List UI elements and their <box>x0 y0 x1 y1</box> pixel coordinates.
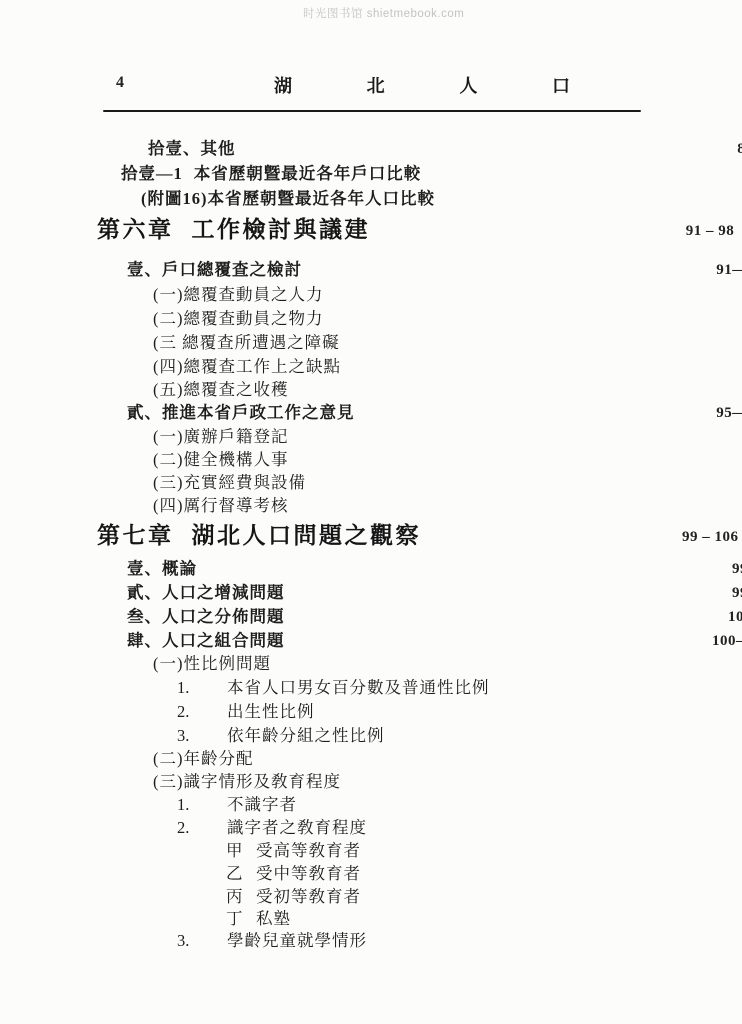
toc-entry-title: 肆、人口之組合問題 <box>127 629 285 653</box>
toc-entry-title: (二)健全機構人事 <box>153 448 289 472</box>
toc-entry-title: 貳、推進本省戶政工作之意見 <box>127 401 355 425</box>
toc-entry-title: (附圖16)本省歷朝曁最近各年人口比較 <box>141 187 435 211</box>
toc-entry-title: 受高等敎育者 <box>256 839 361 863</box>
toc-entry-number: 第七章 <box>97 523 174 548</box>
toc-entry: 丁私塾 <box>226 907 291 931</box>
toc-entry-title: 壹、概論 <box>127 557 197 581</box>
toc-entry: (四)厲行督導考核96—97 <box>153 494 289 518</box>
toc-entry: 叁、人口之分佈問題100 <box>127 605 285 629</box>
toc-entry-title: 叁、人口之分佈問題 <box>127 605 285 629</box>
toc-entry-page-number: 95—98 <box>712 401 742 425</box>
toc-entry: 2.出生性比例 <box>177 700 315 724</box>
toc-entry-title: 受初等敎育者 <box>256 885 361 909</box>
toc-entry-page-number: 99 <box>712 581 742 605</box>
toc-entry-title: 壹、戶口總覆查之檢討 <box>127 258 302 282</box>
toc-entry-number: 2. <box>177 700 227 724</box>
toc-entry: 2.識字者之敎育程度 <box>177 816 367 840</box>
toc-entry-number: 丙 <box>226 885 256 909</box>
toc-entry-page-number: 99 <box>712 557 742 581</box>
toc-entry-page-number: 89—90 <box>733 137 742 161</box>
toc-entry-number: 第六章 <box>97 217 174 242</box>
toc-entry-title: 依年齡分組之性比例 <box>227 724 385 748</box>
toc-entry-title: 貳、人口之增減問題 <box>127 581 285 605</box>
toc-entry: (一)廣辦戶籍登記95 <box>153 425 289 449</box>
toc-entry: (三)識字情形及敎育程度 <box>153 770 341 794</box>
toc-entry-page-number: 96—97 <box>738 494 742 518</box>
toc-entry-title: 私塾 <box>256 907 291 931</box>
toc-entry: (一)性比例問題 <box>153 652 271 676</box>
toc-entry-number: 甲 <box>226 839 256 863</box>
toc-entry-page-number: 91 <box>738 283 742 307</box>
toc-entry-page-number: 100 <box>712 605 742 629</box>
toc-entry-page-number: 93—95 <box>738 378 742 402</box>
toc-entry-number: 丁 <box>226 907 256 931</box>
toc-entry: 1.不識字者 <box>177 793 297 817</box>
toc-entry: 肆、人口之組合問題100—106 <box>127 629 285 653</box>
toc-entry: 3.依年齡分組之性比例 <box>177 724 385 748</box>
toc-entry-page-number: 92—93 <box>738 355 742 379</box>
toc-entry: (四)總覆查工作上之缺點92—93 <box>153 355 341 379</box>
scanned-book-page: 时光图书馆 shietmebook.com 4 湖 北 人 口 拾壹、其他89—… <box>0 0 742 1024</box>
toc-entry-page-number: 96 <box>738 448 742 472</box>
toc-entry-number: 1. <box>177 793 227 817</box>
toc-entry-title: 本省人口男女百分數及普通性比例 <box>227 676 490 700</box>
toc-entry-number: 3. <box>177 929 227 953</box>
toc-entry-title: 受中等敎育者 <box>256 862 361 886</box>
toc-entry-title: (四)厲行督導考核 <box>153 494 289 518</box>
toc-entry-page-number: 100—106 <box>712 629 742 653</box>
toc-entry-title: (二)年齡分配 <box>153 747 254 771</box>
toc-entry: 甲受高等敎育者 <box>226 839 361 863</box>
toc-entry-title: (三 總覆查所遭遇之障礙 <box>153 331 340 355</box>
toc-entry: 丙受初等敎育者 <box>226 885 361 909</box>
toc-entry-title: (二)總覆查動員之物力 <box>153 307 324 331</box>
toc-entry-title: 湖北人口問題之觀察 <box>192 520 422 552</box>
toc-entry-title: (四)總覆查工作上之缺點 <box>153 355 341 379</box>
toc-entry: 第六章工作檢討與議建91 – 98 <box>97 214 370 246</box>
toc-entry-number: 1. <box>177 676 227 700</box>
toc-entry-title: 不識字者 <box>227 793 297 817</box>
toc-entry: (二)健全機構人事96 <box>153 448 289 472</box>
toc-entry-page-number: 91—95 <box>712 258 742 282</box>
toc-entry-number: 2. <box>177 816 227 840</box>
toc-entry: 拾壹、其他89—90 <box>148 137 236 161</box>
toc-entry-page-number: 91 – 98 <box>682 219 738 243</box>
toc-entry-title: 出生性比例 <box>227 700 315 724</box>
toc-entry: 乙受中等敎育者 <box>226 862 361 886</box>
toc-entry-page-number: 99 – 106 <box>682 525 738 549</box>
toc-entry-title: (三)識字情形及敎育程度 <box>153 770 341 794</box>
toc-entry: (二)年齡分配 <box>153 747 254 771</box>
toc-entry: (二)總覆查動員之物力91 <box>153 307 324 331</box>
toc-entry-title: 本省歷朝曁最近各年戶口比較 <box>194 162 422 186</box>
toc-entry: 3.學齡兒童就學情形 <box>177 929 367 953</box>
toc-entry-title: (一)總覆查動員之人力 <box>153 283 324 307</box>
toc-entry-page-number: 96 <box>738 471 742 495</box>
toc-entry: 壹、概論99 <box>127 557 197 581</box>
toc-entry: 壹、戶口總覆查之檢討91—95 <box>127 258 302 282</box>
table-of-contents: 拾壹、其他89—90拾壹—1本省歷朝曁最近各年戶口比較(附圖16)本省歷朝曁最近… <box>0 0 742 1024</box>
toc-entry-page-number: 91—92 <box>738 331 742 355</box>
toc-entry: (三)充實經費與設備96 <box>153 471 306 495</box>
toc-entry-title: 學齡兒童就學情形 <box>227 929 367 953</box>
toc-entry: (三 總覆查所遭遇之障礙91—92 <box>153 331 340 355</box>
toc-entry-number: 3. <box>177 724 227 748</box>
toc-entry: 貳、人口之增減問題99 <box>127 581 285 605</box>
toc-entry: (五)總覆查之收穫93—95 <box>153 378 289 402</box>
toc-entry-title: 識字者之敎育程度 <box>227 816 367 840</box>
toc-entry: (一)總覆查動員之人力91 <box>153 283 324 307</box>
toc-entry-title: (三)充實經費與設備 <box>153 471 306 495</box>
toc-entry-title: (一)性比例問題 <box>153 652 271 676</box>
toc-entry: 第七章湖北人口問題之觀察99 – 106 <box>97 520 421 552</box>
toc-entry-number: 拾壹—1 <box>121 164 183 183</box>
toc-entry-page-number: 95 <box>738 425 742 449</box>
toc-entry: 拾壹—1本省歷朝曁最近各年戶口比較 <box>121 162 421 186</box>
toc-entry-title: 拾壹、其他 <box>148 137 236 161</box>
toc-entry-number: 乙 <box>226 862 256 886</box>
toc-entry-title: 工作檢討與議建 <box>192 214 371 246</box>
toc-entry: 1.本省人口男女百分數及普通性比例 <box>177 676 490 700</box>
toc-entry-title: (五)總覆查之收穫 <box>153 378 289 402</box>
toc-entry-title: (一)廣辦戶籍登記 <box>153 425 289 449</box>
toc-entry-page-number: 91 <box>738 307 742 331</box>
toc-entry: 貳、推進本省戶政工作之意見95—98 <box>127 401 355 425</box>
toc-entry: (附圖16)本省歷朝曁最近各年人口比較 <box>141 187 435 211</box>
